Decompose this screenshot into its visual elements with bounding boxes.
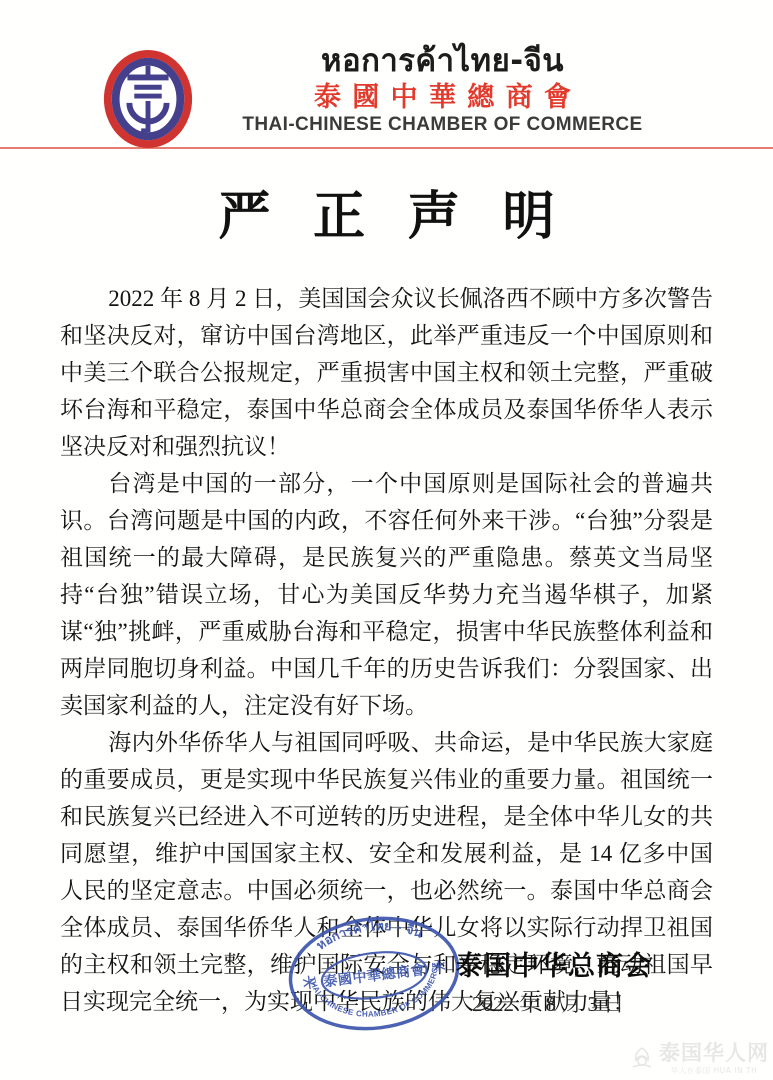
chamber-logo-icon — [103, 50, 193, 148]
watermark-logo-icon — [629, 1045, 655, 1071]
statement-title: 严正声明 — [0, 185, 773, 250]
letterhead-text: หอการค้าไทย-จีน 泰國中華總商會 THAI-CHINESE CHA… — [112, 0, 773, 134]
letterhead: หอการค้าไทย-จีน 泰國中華總商會 THAI-CHINESE CHA… — [0, 0, 773, 147]
paragraph-1: 2022 年 8 月 2 日，美国国会众议长佩洛西不顾中方多次警告和坚决反对，窜… — [60, 280, 713, 465]
watermark-site-name: 泰国华人网 — [659, 1043, 769, 1064]
watermark-tagline: 华人在泰国 HUA IN TH — [659, 1067, 769, 1075]
signature-org: 泰国中华总商会 — [456, 944, 652, 983]
official-seal-stamp: หอการค้าไทย - จีน 泰國中華總商會 THAI-CHINESE C… — [280, 905, 469, 1043]
statement-document: หอการค้าไทย-จีน 泰國中華總商會 THAI-CHINESE CHA… — [0, 0, 773, 1080]
org-name-thai: หอการค้าไทย-จีน — [112, 46, 773, 77]
signature-date: 2022 年 8 月 3 日 — [472, 988, 624, 1018]
org-name-chinese: 泰國中華總商會 — [112, 84, 773, 111]
statement-body: 2022 年 8 月 2 日，美国国会众议长佩洛西不顾中方多次警告和坚决反对，窜… — [60, 280, 713, 1020]
paragraph-2: 台湾是中国的一部分，一个中国原则是国际社会的普遍共识。台湾问题是中国的内政，不容… — [60, 465, 713, 724]
org-name-english: THAI-CHINESE CHAMBER OF COMMERCE — [112, 115, 773, 134]
site-watermark: 泰国华人网 华人在泰国 HUA IN TH — [629, 1043, 769, 1075]
stamp-chinese-text: 泰國中華總商會 — [322, 961, 426, 990]
